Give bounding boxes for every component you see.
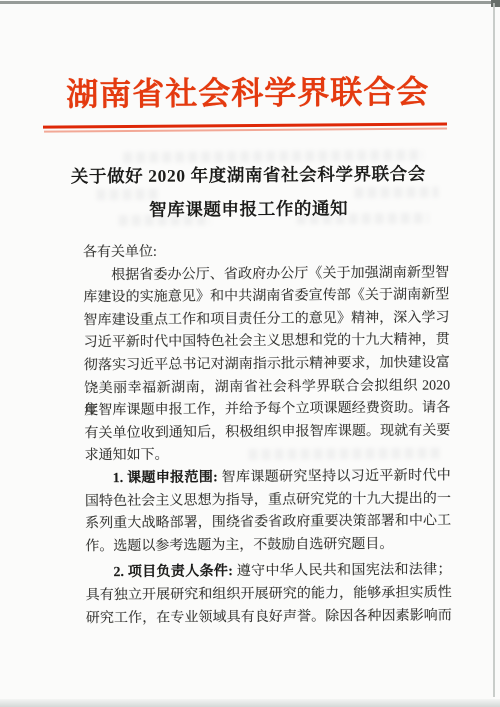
scanned-document-page: 湖南省社会科学界联合会 关于做好 2020 年度湖南省社会科学界联合会 智库课题…: [0, 0, 500, 707]
document-content: 湖南省社会科学界联合会 关于做好 2020 年度湖南省社会科学界联合会 智库课题…: [0, 0, 500, 707]
body-line: 具有独立开展研究和组织开展研究的能力，能够承担实质性: [86, 582, 452, 607]
section-heading: 1. 课题申报范围:: [113, 470, 222, 486]
organization-header: 湖南省社会科学界联合会: [0, 66, 498, 116]
body-line: 1. 课题申报范围: 智库课题研究坚持以习近平新时代中: [85, 465, 451, 490]
document-title-line-1: 关于做好 2020 年度湖南省社会科学界联合会: [0, 160, 498, 189]
body-line: 智库建设重点工作和项目责任分工的意见》精神，深入学习: [83, 307, 449, 332]
header-rule-shadow: [44, 127, 447, 132]
document-title-line-2: 智库课题申报工作的通知: [0, 194, 499, 223]
body-line: 2. 项目负责人条件: 遵守中华人民共和国宪法和法律；: [85, 560, 451, 585]
document-body: 各有关单位:根据省委办公厅、省政府办公厅《关于加强湖南新型智库建设的实施意见》和…: [83, 239, 452, 630]
body-line: 国特色社会主义思想为指导，重点研究党的十九大提出的一: [85, 488, 451, 513]
body-line: 饶美丽幸福新湖南，湖南省社会科学界联合会拟组织 2020 年: [84, 375, 450, 400]
body-line: 库建设的实施意见》和中共湖南省委宣传部《关于湖南新型: [83, 285, 449, 310]
body-line: 彻落实习近平总书记对湖南指示批示精神要求，加快建设富: [84, 352, 450, 377]
section-heading: 2. 项目负责人条件:: [113, 564, 236, 580]
body-line: 各有关单位:: [83, 239, 449, 264]
body-line: 求通知如下。: [85, 443, 451, 468]
body-line: 研究工作，在专业领域具有良好声誉。除因各种因素影响而: [86, 605, 452, 630]
body-line: 作。选题以参考选题为主，不鼓励自选研究题目。: [85, 533, 451, 558]
body-line: 度智库课题申报工作，并给予每个立项课题经费资助。请各: [84, 398, 450, 423]
body-line: 系列重大战略部署，围绕省委省政府重要决策部署和中心工: [85, 511, 451, 536]
body-line: 有关单位收到通知后，积极组织申报智库课题。现就有关要: [84, 420, 450, 445]
body-line: 根据省委办公厅、省政府办公厅《关于加强湖南新型智: [83, 262, 449, 287]
body-line: 习近平新时代中国特色社会主义思想和党的十九大精神，贯: [84, 330, 450, 355]
